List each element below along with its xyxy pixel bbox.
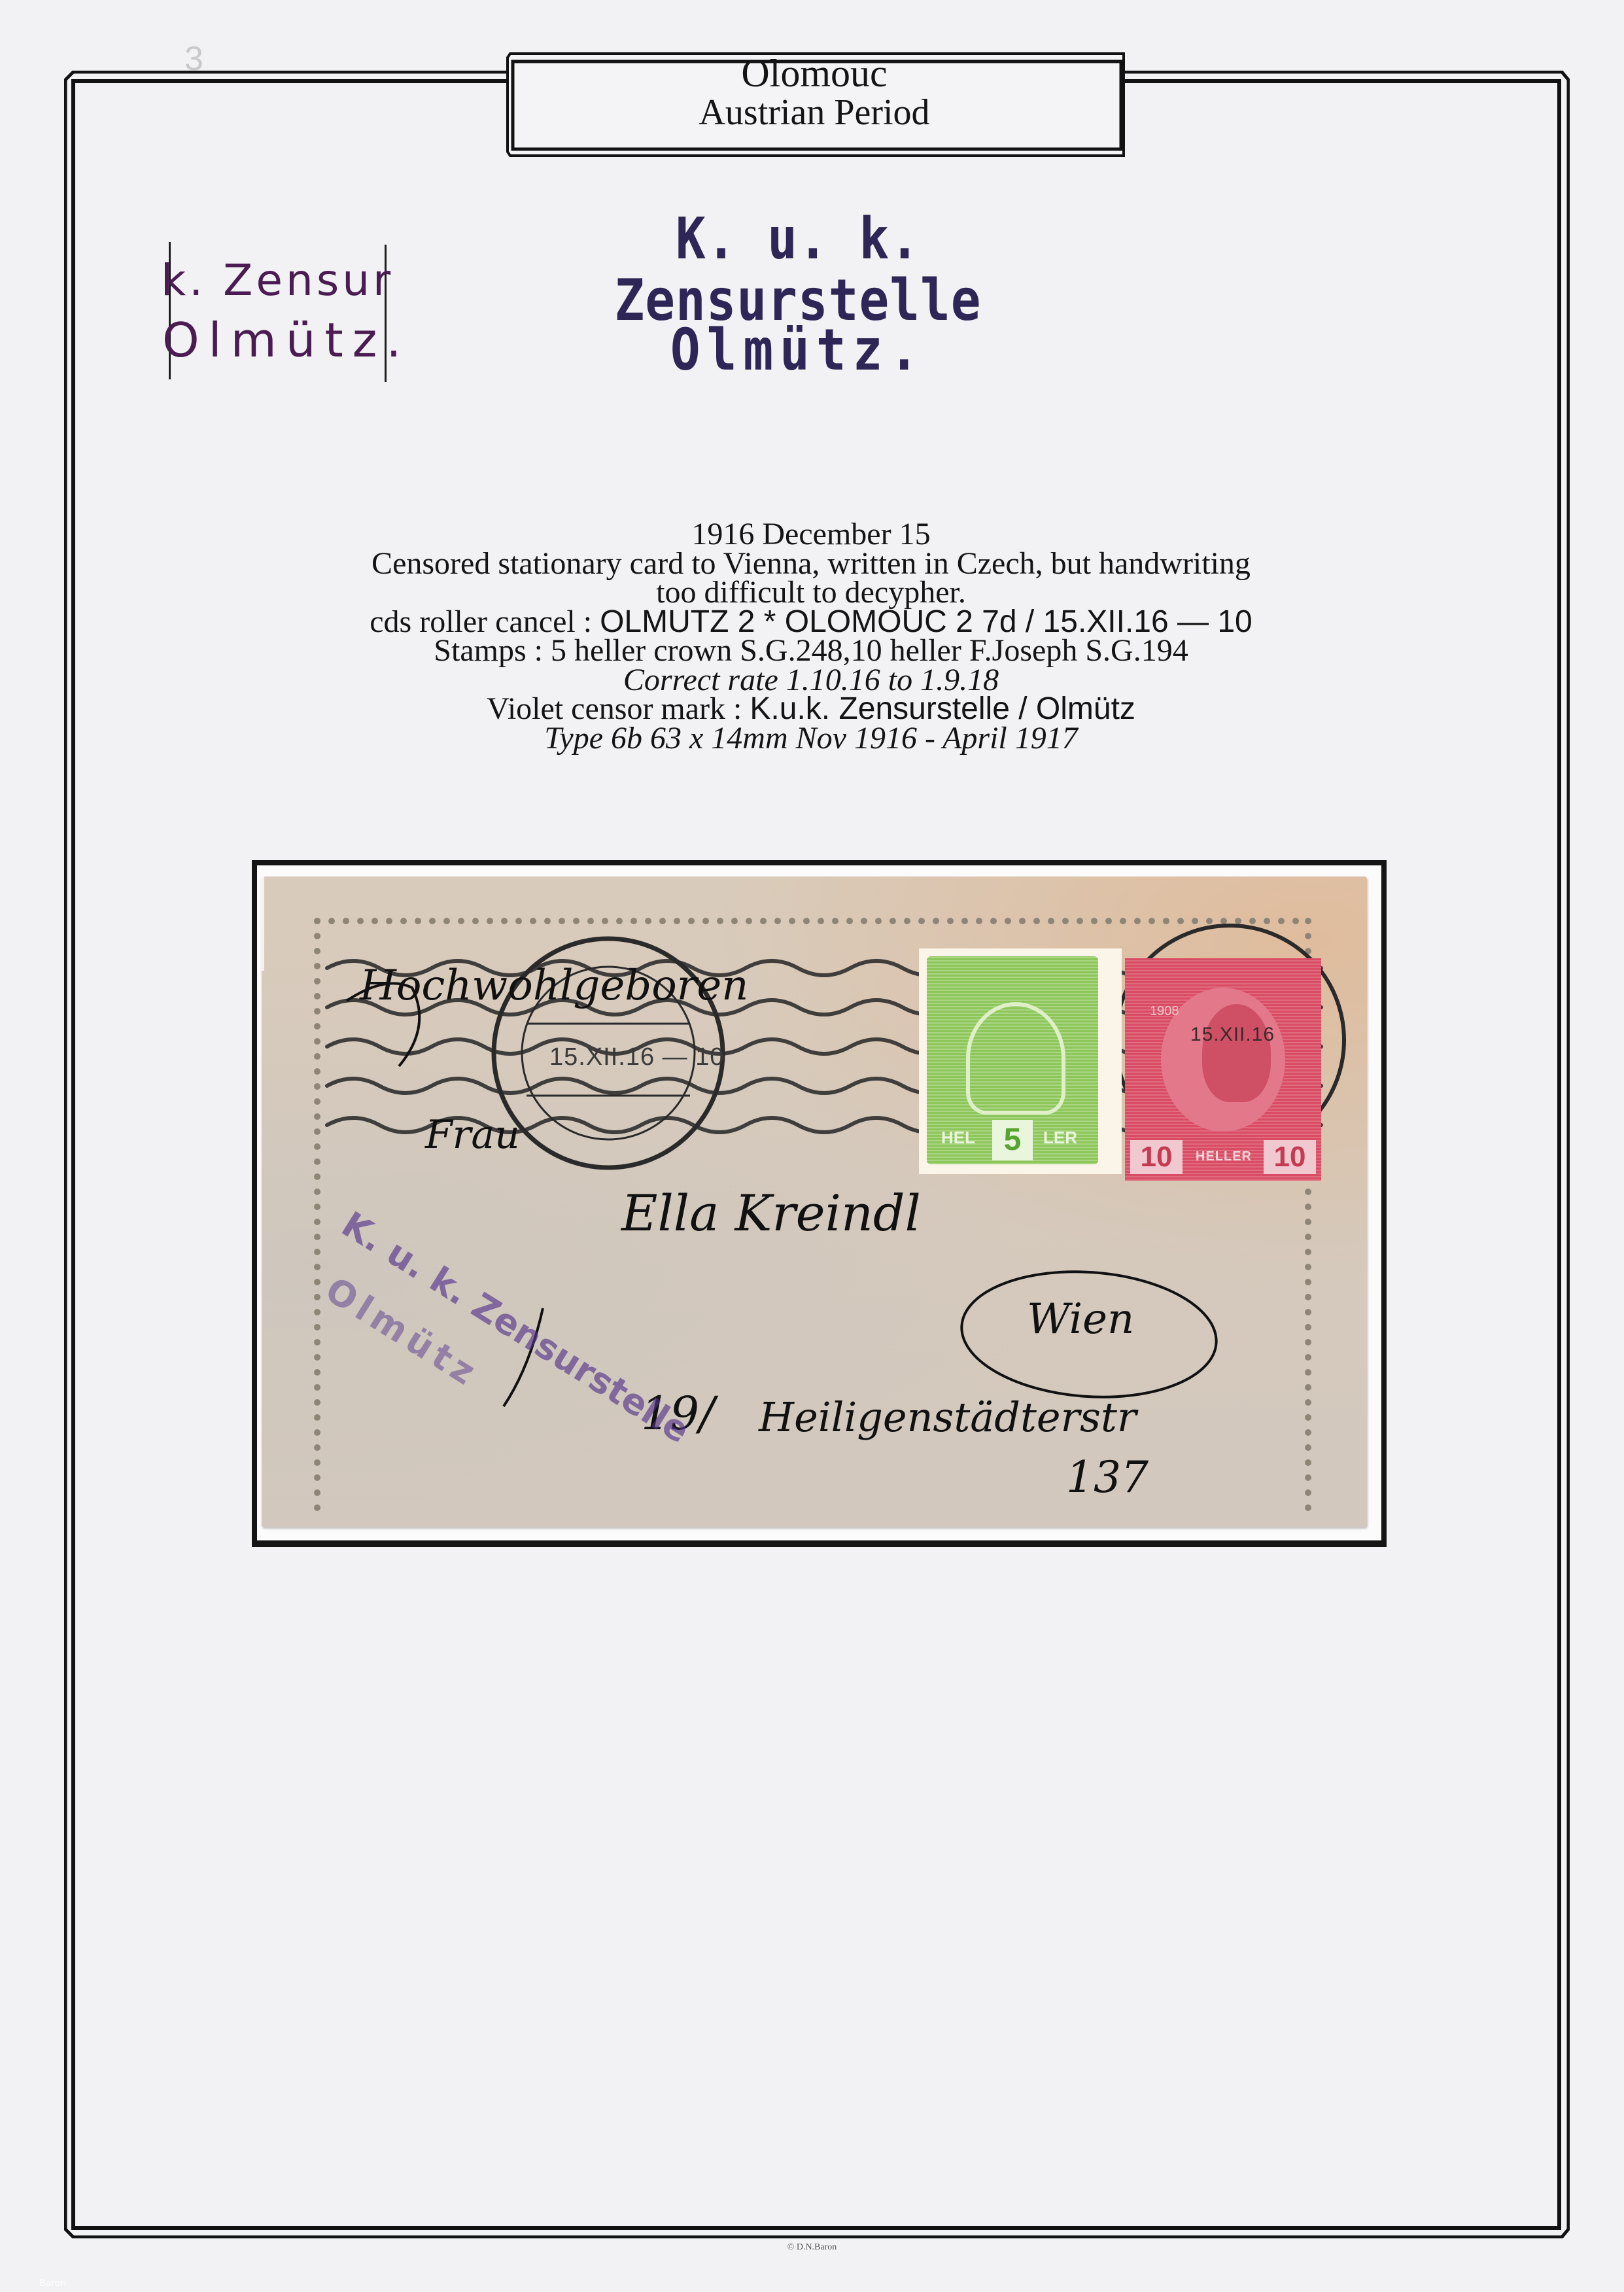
address-city: Wien <box>1027 1295 1134 1344</box>
address-street: Heiligenstädterstr <box>759 1393 1137 1441</box>
censor-mark-large-illustration: K. u. k. Zensurstelle Olmütz. <box>536 216 1060 347</box>
censor-mark-small-line2: Olmütz. <box>162 313 410 368</box>
censor-mark-small-line1: k. Zensur <box>161 255 394 305</box>
page-title: Olomouc <box>504 54 1125 93</box>
stamp-5-heller-crown: HEL 5 LER <box>919 948 1122 1174</box>
rate-note: Correct rate 1.10.16 to 1.9.18 <box>157 666 1465 695</box>
address-salutation: Frau <box>425 1112 520 1158</box>
page-subtitle: Austrian Period <box>504 93 1125 132</box>
franz-joseph-portrait-icon <box>1202 1004 1271 1102</box>
stamps-description: Stamps : 5 heller crown S.G.248,10 helle… <box>157 636 1465 666</box>
censor-description: Violet censor mark : K.u.k. Zensurstelle… <box>157 695 1465 724</box>
crown-icon <box>966 1002 1065 1115</box>
address-name: Ella Kreindl <box>621 1184 921 1242</box>
description-summary-line2: too difficult to decypher. <box>157 578 1465 608</box>
censor-mark-small-illustration: k. Zensur Olmütz. <box>157 242 406 392</box>
postmark-date-on-stamp: 15.XII.16 <box>1190 1024 1275 1046</box>
censor-mark-large-line2: Olmütz. <box>536 319 1060 381</box>
censor-type-note: Type 6b 63 x 14mm Nov 1916 - April 1917 <box>157 724 1465 754</box>
cancel-description: cds roller cancel : OLMUTZ 2 * OLOMOUC 2… <box>157 608 1465 637</box>
description-block: 1916 December 15 Censored stationary car… <box>157 520 1465 753</box>
address-number: 137 <box>1066 1452 1149 1502</box>
mount-corner-protector <box>262 877 362 971</box>
stamp-10-heller-franz-joseph: 1908 10 HELLER 10 <box>1125 958 1321 1181</box>
watermark: Baron <box>39 2278 66 2289</box>
censor-mark-large-line1: K. u. k. Zensurstelle <box>536 208 1060 332</box>
address-line-honorific: Hochwohlgeboren <box>360 962 748 1010</box>
lettercard: HEL 5 LER 1908 10 HELLER 10 15.XII.16 — … <box>262 877 1367 1527</box>
postmark-date: 15.XII.16 — 10 <box>549 1043 725 1071</box>
stamp-value: 5 <box>992 1120 1033 1160</box>
stamp-value-left: 10 <box>1130 1140 1183 1174</box>
cover-date: 1916 December 15 <box>157 520 1465 549</box>
copyright-footer: © D.N.Baron <box>0 2242 1624 2253</box>
stamp-value-right: 10 <box>1264 1140 1316 1174</box>
page-title-box: Olomouc Austrian Period <box>504 39 1125 157</box>
description-summary-line1: Censored stationary card to Vienna, writ… <box>157 549 1465 579</box>
